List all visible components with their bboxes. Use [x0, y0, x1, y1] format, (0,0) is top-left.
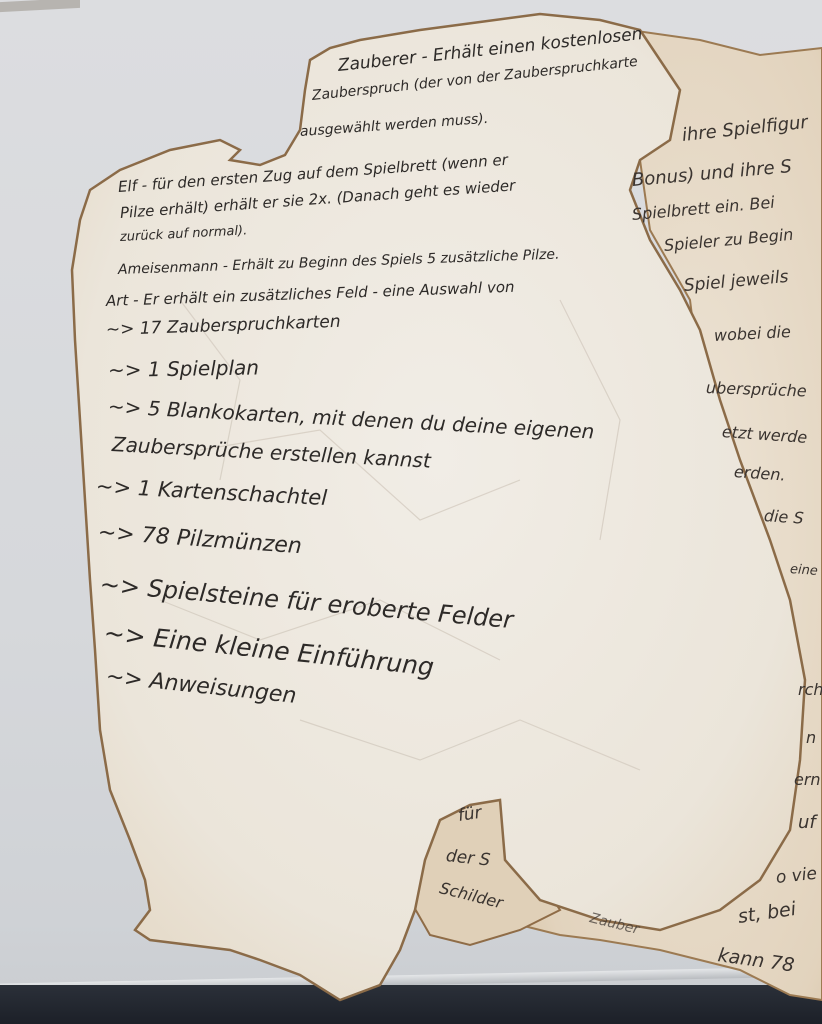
back-text-fragment: o vie — [775, 864, 818, 888]
back-text-fragment: die S — [763, 506, 804, 528]
burned-paper-sheets — [0, 0, 822, 1024]
photo-scene: Zauberer - Erhält einen kostenlosen Zaub… — [0, 0, 822, 1024]
back-text-fragment: erden. — [733, 462, 786, 485]
back-text-fragment: für — [457, 803, 483, 826]
back-text-fragment: wobei die — [714, 322, 792, 345]
contents-item: ~> 1 Spielplan — [108, 355, 259, 382]
back-text-fragment: ubersprüche — [706, 378, 807, 401]
back-text-fragment: rch — [798, 680, 822, 699]
back-text-fragment: uf — [798, 812, 816, 833]
back-text-fragment: eine — [789, 562, 818, 579]
back-text-fragment: ern — [794, 770, 821, 789]
back-text-fragment: n — [806, 728, 816, 747]
